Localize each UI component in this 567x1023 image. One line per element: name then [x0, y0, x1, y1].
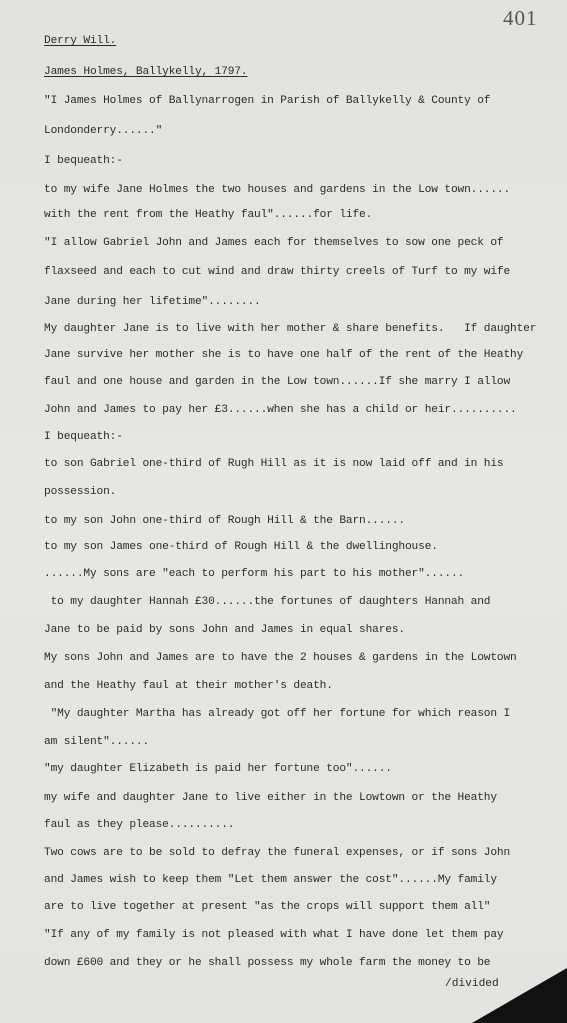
text-line: "My daughter Martha has already got off …: [44, 707, 510, 721]
text-line: my wife and daughter Jane to live either…: [44, 791, 497, 805]
text-line: My sons John and James are to have the 2…: [44, 651, 517, 665]
text-line: flaxseed and each to cut wind and draw t…: [44, 265, 510, 279]
text-line: to my daughter Hannah £30......the fortu…: [44, 595, 490, 609]
document-subheading: James Holmes, Ballykelly, 1797.: [44, 65, 247, 79]
text-line: possession.: [44, 485, 116, 499]
text-line: I bequeath:-: [44, 430, 123, 444]
text-line: and James wish to keep them "Let them an…: [44, 873, 497, 887]
text-line: Jane survive her mother she is to have o…: [44, 348, 523, 362]
text-line: Jane during her lifetime"........: [44, 295, 261, 309]
page-number: 401: [503, 6, 538, 31]
text-line: faul and one house and garden in the Low…: [44, 375, 510, 389]
text-line: Jane to be paid by sons John and James i…: [44, 623, 405, 637]
text-line: are to live together at present "as the …: [44, 900, 490, 914]
text-line: "If any of my family is not pleased with…: [44, 928, 503, 942]
text-line: I bequeath:-: [44, 154, 123, 168]
text-line: to my son James one-third of Rough Hill …: [44, 540, 438, 554]
text-line: Two cows are to be sold to defray the fu…: [44, 846, 510, 860]
document-heading: Derry Will.: [44, 34, 116, 48]
text-line: "I allow Gabriel John and James each for…: [44, 236, 503, 250]
text-line: John and James to pay her £3......when s…: [44, 403, 517, 417]
text-line: with the rent from the Heathy faul".....…: [44, 208, 372, 222]
page-corner-shadow: [472, 968, 567, 1023]
text-line: ......My sons are "each to perform his p…: [44, 567, 464, 581]
text-line: to my son John one-third of Rough Hill &…: [44, 514, 405, 528]
text-line: My daughter Jane is to live with her mot…: [44, 322, 536, 336]
text-line: to my wife Jane Holmes the two houses an…: [44, 183, 510, 197]
text-line: and the Heathy faul at their mother's de…: [44, 679, 333, 693]
text-line: Londonderry......": [44, 124, 162, 138]
document-page: 401 Derry Will. James Holmes, Ballykelly…: [0, 0, 567, 1023]
text-line: "I James Holmes of Ballynarrogen in Pari…: [44, 94, 490, 108]
text-line: "my daughter Elizabeth is paid her fortu…: [44, 762, 392, 776]
text-line: am silent"......: [44, 735, 149, 749]
text-line: down £600 and they or he shall possess m…: [44, 956, 490, 970]
text-line: to son Gabriel one-third of Rugh Hill as…: [44, 457, 503, 471]
text-line: faul as they please..........: [44, 818, 234, 832]
